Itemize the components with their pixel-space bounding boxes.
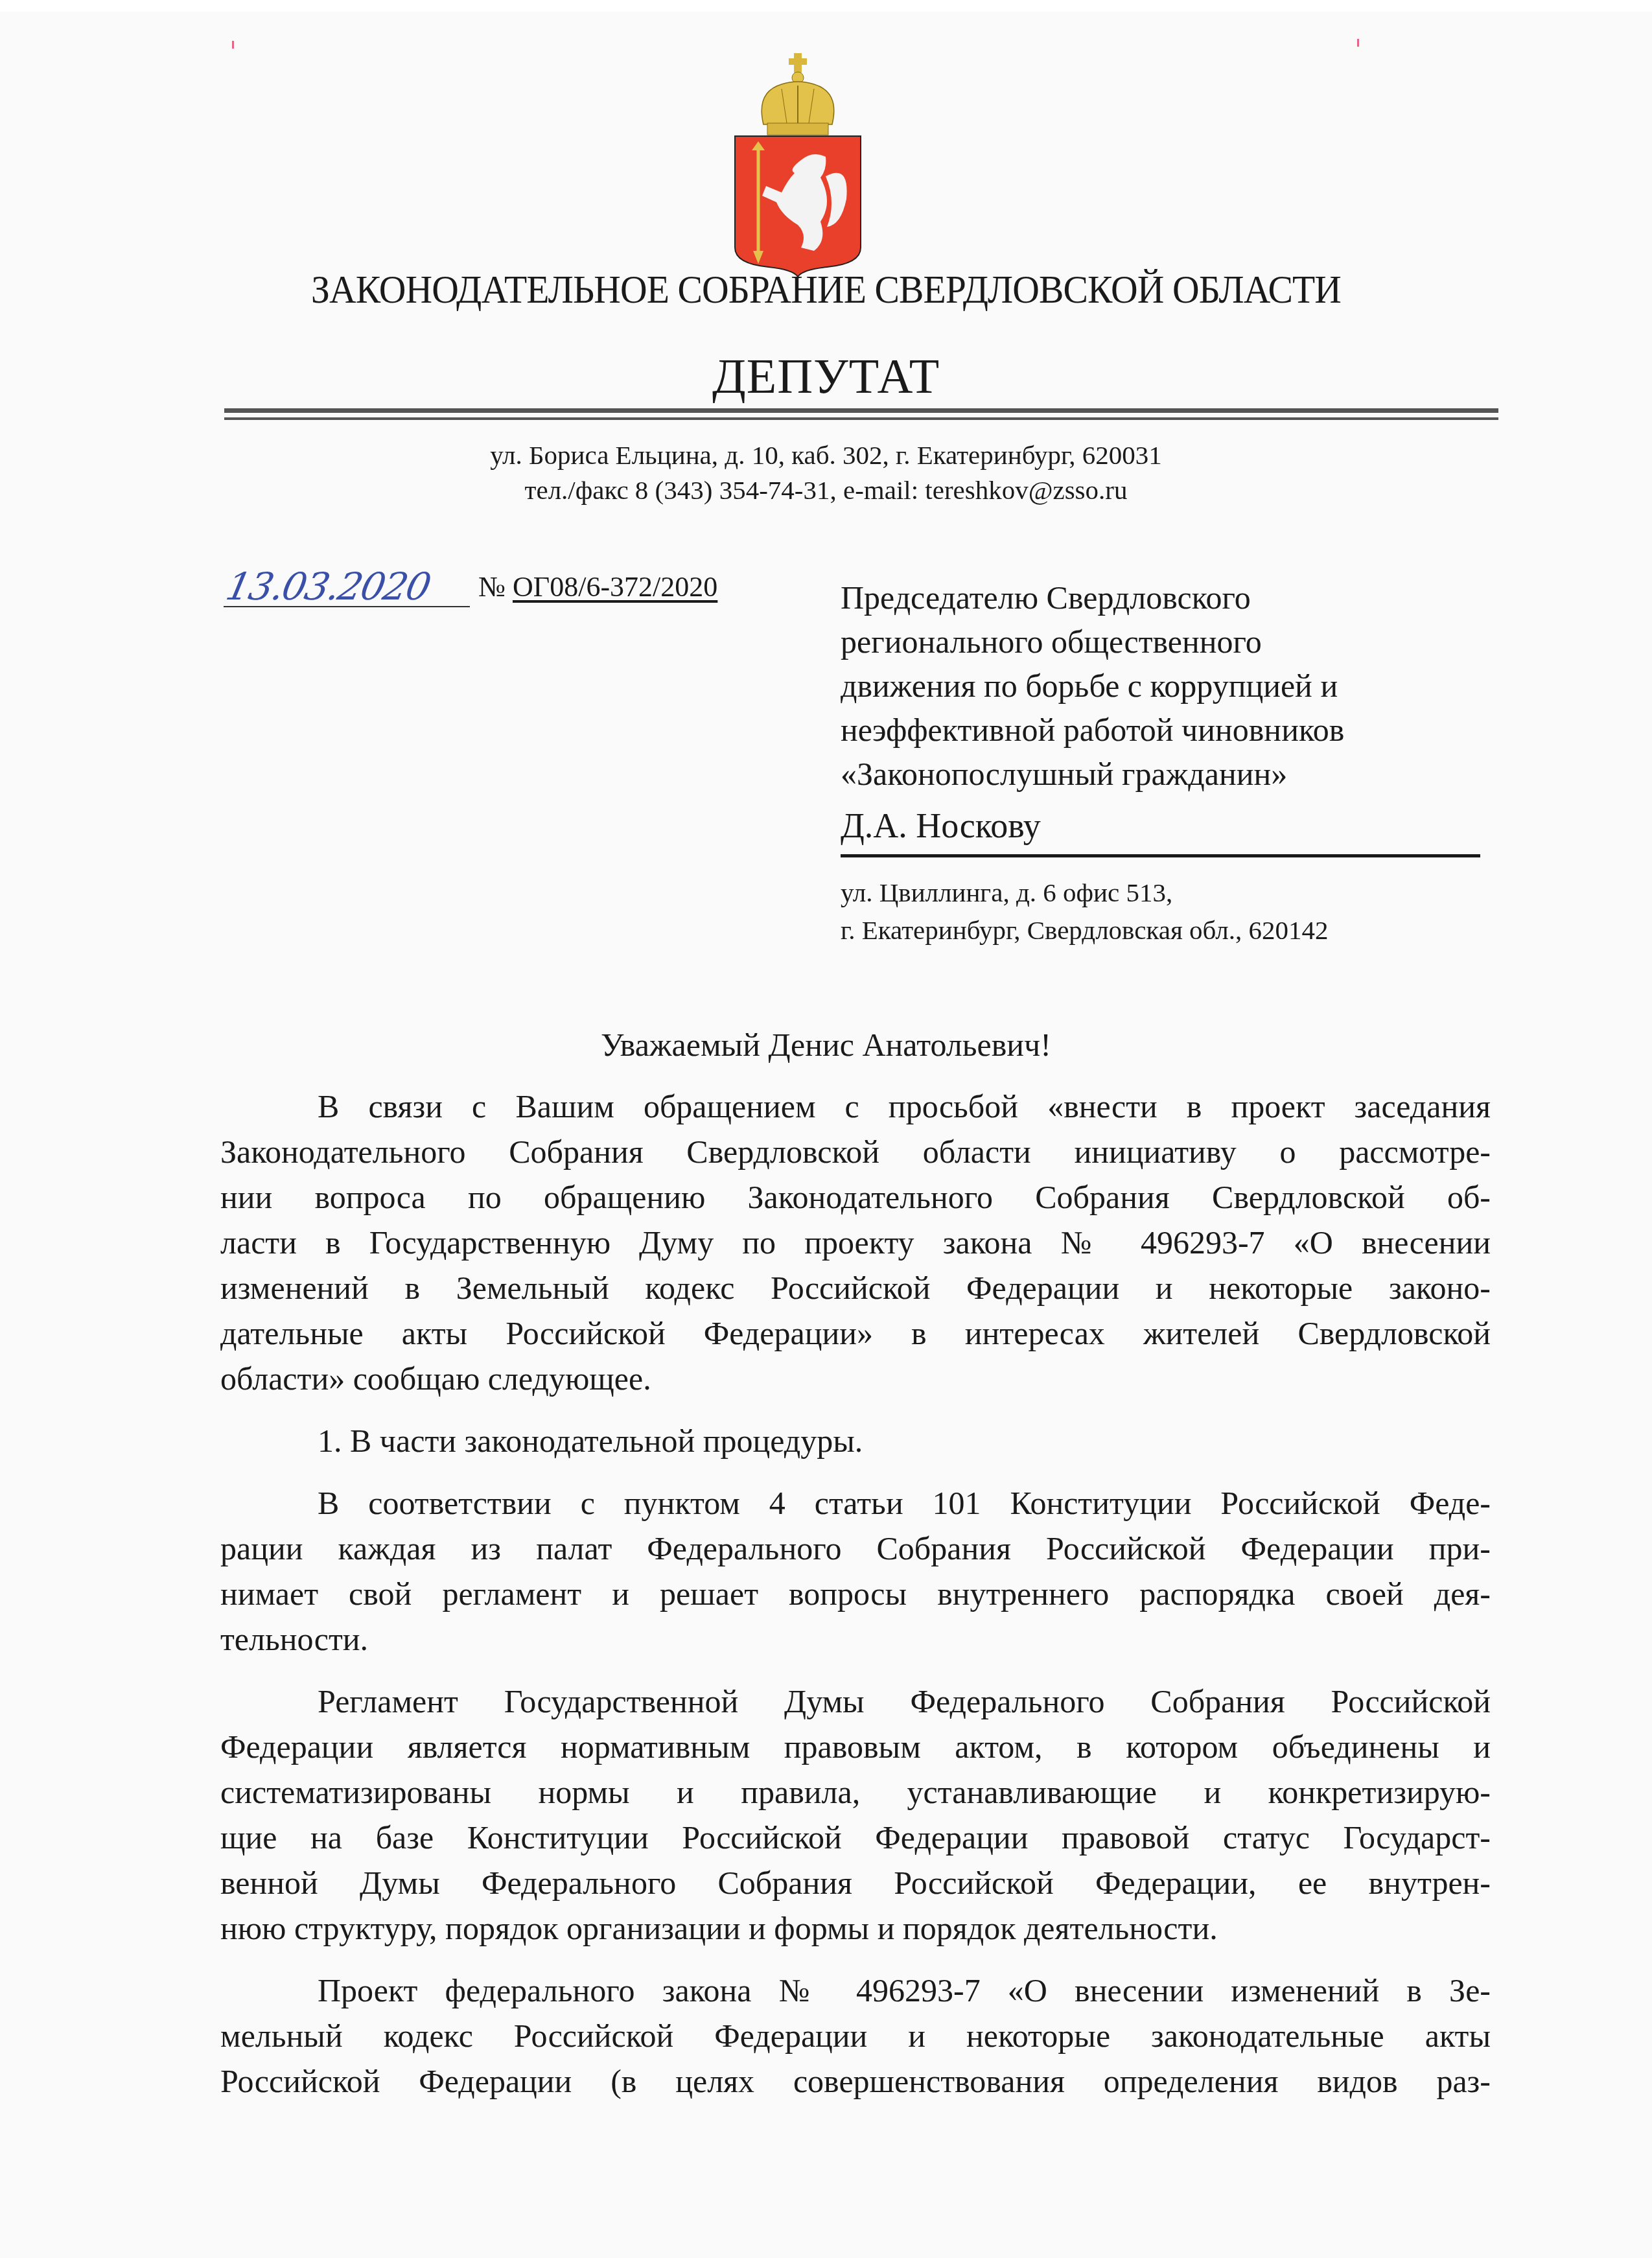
recipient-address: ул. Цвиллинга, д. 6 офис 513, г. Екатери… — [841, 874, 1329, 949]
header-divider — [224, 417, 1498, 420]
text-line: нии вопроса по обращению Законодательног… — [220, 1174, 1491, 1220]
recipient-block: Председателю Свердловского регионального… — [841, 576, 1489, 796]
text-line: изменений в Земельный кодекс Российской … — [220, 1265, 1491, 1310]
reference-number-value: ОГ08/6-372/2020 — [513, 571, 717, 603]
recipient-address-line: ул. Цвиллинга, д. 6 офис 513, — [841, 874, 1329, 911]
organization-name: ЗАКОНОДАТЕЛЬНОЕ СОБРАНИЕ СВЕРДЛОВСКОЙ ОБ… — [58, 267, 1594, 313]
text-line: систематизированы нормы и правила, устан… — [220, 1769, 1491, 1815]
recipient-line: движения по борьбе с коррупцией и — [841, 664, 1489, 708]
number-sign: № — [478, 571, 506, 603]
text-line: Федерации является нормативным правовым … — [220, 1724, 1491, 1769]
recipient-line: регионального общественного — [841, 620, 1489, 664]
text-line: Регламент Государственной Думы Федеральн… — [220, 1679, 1491, 1724]
text-line: тельности. — [220, 1616, 1491, 1662]
letter-body: В связи с Вашим обращением с просьбой «в… — [220, 1084, 1491, 2121]
recipient-line: Председателю Свердловского — [841, 576, 1489, 620]
text-line: щие на базе Конституции Российской Федер… — [220, 1815, 1491, 1860]
print-speck — [232, 41, 234, 49]
text-line: нюю структуру, порядок организации и фор… — [220, 1905, 1491, 1951]
reference-number: № ОГ08/6-372/2020 — [478, 570, 717, 603]
text-line: 1. В части законодательной процедуры. — [220, 1418, 1491, 1463]
paragraph: В связи с Вашим обращением с просьбой «в… — [220, 1084, 1491, 1401]
date-field: 13.03.2020 — [224, 567, 470, 607]
recipient-line: неэффективной работой чиновников — [841, 708, 1489, 752]
text-line: нимает свой регламент и решает вопросы в… — [220, 1571, 1491, 1616]
paragraph: Регламент Государственной Думы Федеральн… — [220, 1679, 1491, 1951]
sender-phone-email: тел./факс 8 (343) 354-74-31, e-mail: ter… — [0, 472, 1652, 507]
handwritten-date: 13.03.2020 — [222, 564, 434, 609]
document-title: ДЕПУТАТ — [0, 349, 1652, 405]
paragraph: Проект федерального закона № 496293-7 «О… — [220, 1968, 1491, 2104]
salutation: Уважаемый Денис Анатольевич! — [0, 1026, 1652, 1064]
recipient-address-line: г. Екатеринбург, Свердловская обл., 6201… — [841, 911, 1329, 949]
section-heading: 1. В части законодательной процедуры. — [220, 1418, 1491, 1463]
recipient-divider — [841, 854, 1480, 857]
coat-of-arms-icon — [730, 53, 866, 277]
text-line: В связи с Вашим обращением с просьбой «в… — [220, 1084, 1491, 1129]
text-line: Проект федерального закона № 496293-7 «О… — [220, 1968, 1491, 2013]
text-line: рации каждая из палат Федерального Собра… — [220, 1526, 1491, 1571]
header-divider — [224, 408, 1498, 413]
recipient-line: «Законопослушный гражданин» — [841, 752, 1489, 796]
text-line: области» сообщаю следующее. — [220, 1356, 1491, 1401]
text-line: Российской Федерации (в целях совершенст… — [220, 2058, 1491, 2104]
text-line: дательные акты Российской Федерации» в и… — [220, 1310, 1491, 1356]
text-line: ласти в Государственную Думу по проекту … — [220, 1220, 1491, 1265]
sender-address: ул. Бориса Ельцина, д. 10, каб. 302, г. … — [0, 437, 1652, 472]
print-speck — [1357, 39, 1359, 47]
paragraph: В соответствии с пунктом 4 статьи 101 Ко… — [220, 1480, 1491, 1662]
text-line: В соответствии с пунктом 4 статьи 101 Ко… — [220, 1480, 1491, 1526]
recipient-name: Д.А. Носкову — [841, 806, 1041, 846]
text-line: Законодательного Собрания Свердловской о… — [220, 1129, 1491, 1174]
sender-contact: ул. Бориса Ельцина, д. 10, каб. 302, г. … — [0, 437, 1652, 507]
text-line: мельный кодекс Российской Федерации и не… — [220, 2013, 1491, 2058]
text-line: венной Думы Федерального Собрания Россий… — [220, 1860, 1491, 1905]
